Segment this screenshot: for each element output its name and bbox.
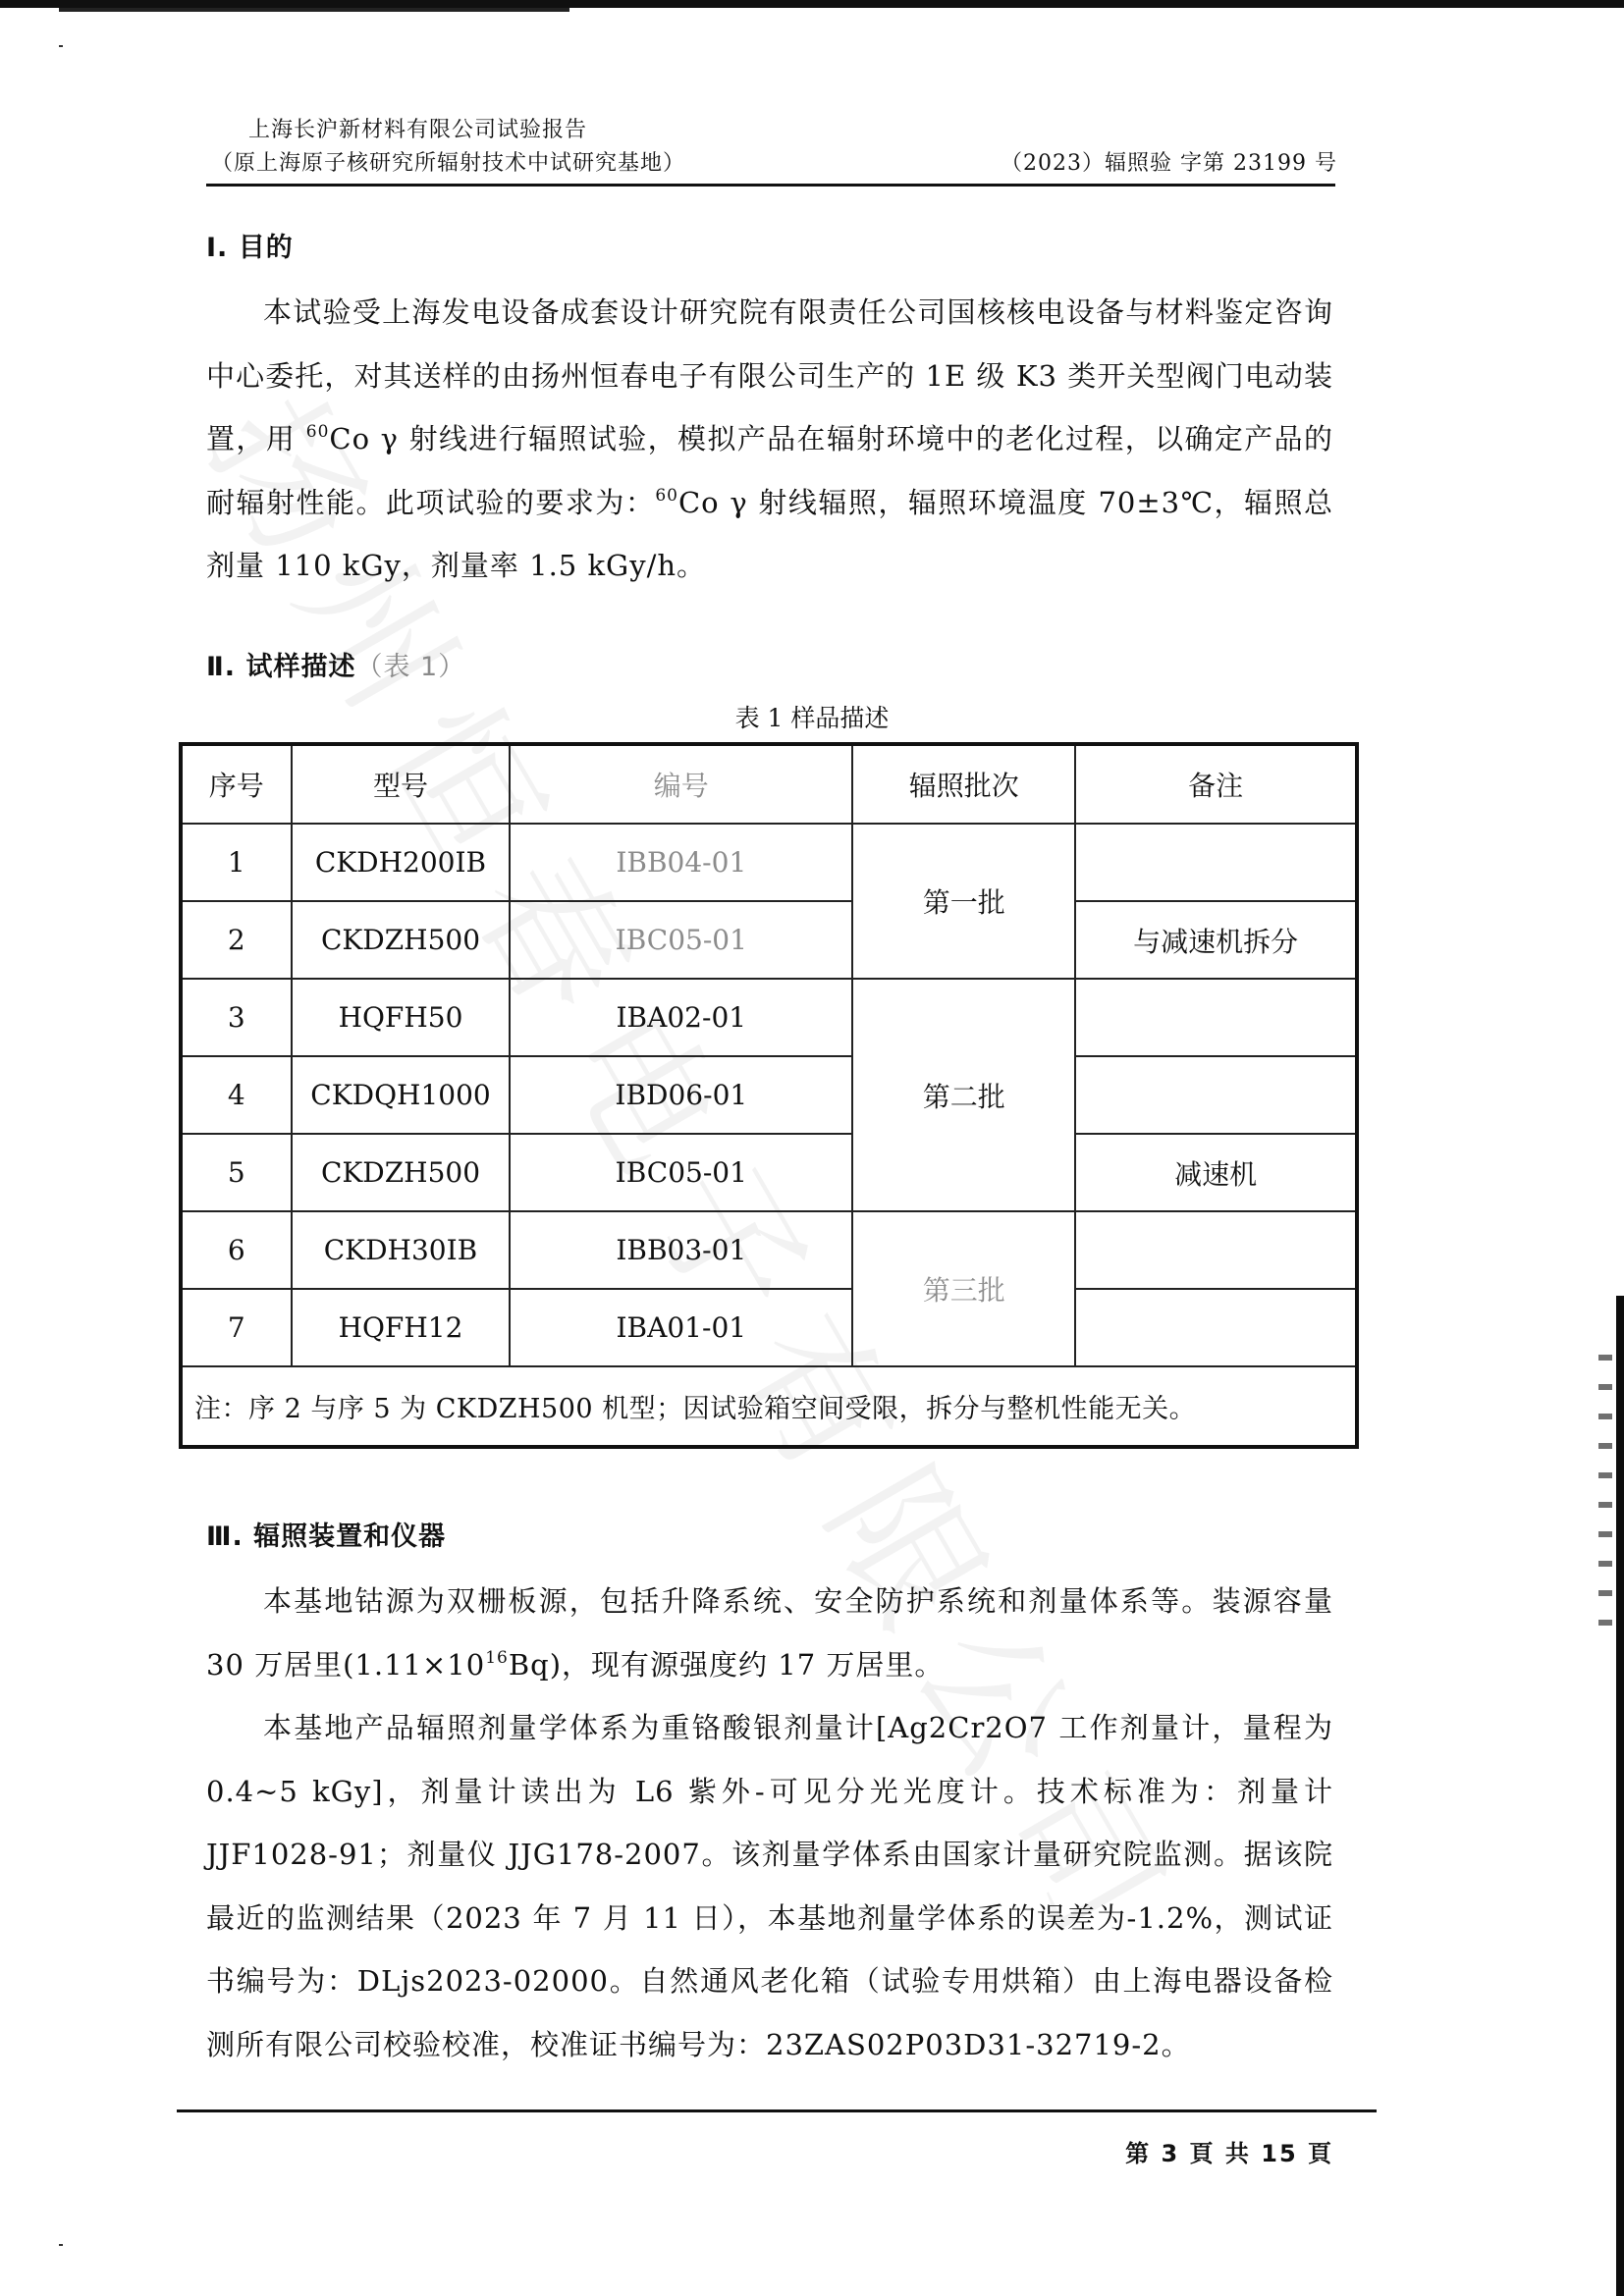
cell-model: CKDH200IB bbox=[292, 824, 511, 901]
cell-serial: IBA02-01 bbox=[510, 979, 852, 1056]
col-header-no: 序号 bbox=[181, 744, 292, 824]
cell-serial: IBB03-01 bbox=[510, 1211, 852, 1289]
cell-remark bbox=[1075, 1211, 1357, 1289]
scan-edge-top-shadow bbox=[59, 8, 569, 12]
cell-batch: 第二批 bbox=[852, 979, 1075, 1211]
table-row: 6 CKDH30IB IBB03-01 第三批 bbox=[181, 1211, 1357, 1289]
cell-serial: IBB04-01 bbox=[510, 824, 852, 901]
table-row: 3 HQFH50 IBA02-01 第二批 bbox=[181, 979, 1357, 1056]
header-divider bbox=[206, 184, 1335, 187]
source-text-b: Bq)，现有源强度约 17 万居里。 bbox=[509, 1648, 945, 1682]
table-row: 1 CKDH200IB IBB04-01 第一批 bbox=[181, 824, 1357, 901]
table-caption: 表 1 样品描述 bbox=[0, 699, 1624, 734]
cell-model: CKDZH500 bbox=[292, 1134, 511, 1211]
sample-table: 序号 型号 编号 辐照批次 备注 1 CKDH200IB IBB04-01 第一… bbox=[179, 742, 1359, 1449]
isotope-mass-number: 60 bbox=[306, 422, 330, 442]
page-number: 第 3 頁 共 15 頁 bbox=[1125, 2134, 1333, 2168]
cell-serial: IBD06-01 bbox=[510, 1056, 852, 1134]
isotope-mass-number: 60 bbox=[655, 486, 678, 506]
cell-model: CKDH30IB bbox=[292, 1211, 511, 1289]
cell-remark bbox=[1075, 979, 1357, 1056]
table-note: 注：序 2 与序 5 为 CKDZH500 机型；因试验箱空间受限，拆分与整机性… bbox=[181, 1366, 1357, 1447]
table-row: 5 CKDZH500 IBC05-01 减速机 bbox=[181, 1134, 1357, 1211]
table-row: 4 CKDQH1000 IBD06-01 bbox=[181, 1056, 1357, 1134]
scan-binding-marks bbox=[1598, 1355, 1612, 1649]
cell-model: CKDZH500 bbox=[292, 901, 511, 979]
col-header-serial: 编号 bbox=[510, 744, 852, 824]
section-2-heading: Ⅱ. 试样描述（表 1） bbox=[206, 645, 465, 683]
cell-no: 5 bbox=[181, 1134, 292, 1211]
cell-model: HQFH12 bbox=[292, 1289, 511, 1366]
report-number: （2023）辐照验 字第 23199 号 bbox=[1001, 147, 1337, 181]
cell-batch: 第一批 bbox=[852, 824, 1075, 979]
cell-no: 7 bbox=[181, 1289, 292, 1366]
section-1-paragraph: 本试验受上海发电设备成套设计研究院有限责任公司国核核电设备与材料鉴定咨询中心委托… bbox=[206, 281, 1333, 598]
scan-edge-top bbox=[0, 0, 1624, 8]
table-row: 2 CKDZH500 IBC05-01 与减速机拆分 bbox=[181, 901, 1357, 979]
scan-speck bbox=[59, 45, 63, 47]
cell-remark bbox=[1075, 824, 1357, 901]
cell-batch: 第三批 bbox=[852, 1211, 1075, 1366]
exponent: 16 bbox=[485, 1648, 509, 1668]
header-org-line2: （原上海原子核研究所辐射技术中试研究基地） bbox=[211, 147, 685, 181]
scan-edge-right bbox=[1616, 1296, 1624, 2296]
cell-no: 4 bbox=[181, 1056, 292, 1134]
cell-serial: IBA01-01 bbox=[510, 1289, 852, 1366]
cell-remark: 与减速机拆分 bbox=[1075, 901, 1357, 979]
cell-model: HQFH50 bbox=[292, 979, 511, 1056]
cell-no: 2 bbox=[181, 901, 292, 979]
scan-speck bbox=[59, 2244, 63, 2246]
section-3-paragraphs: 本基地钴源为双栅板源，包括升降系统、安全防护系统和剂量体系等。装源容量 30 万… bbox=[206, 1570, 1333, 2076]
dosimetry-text: 本基地产品辐照剂量学体系为重铬酸银剂量计[Ag2Cr2O7 工作剂量计，量程为 … bbox=[206, 1696, 1333, 2076]
cell-serial: IBC05-01 bbox=[510, 1134, 852, 1211]
section-1-heading: Ⅰ. 目的 bbox=[206, 226, 294, 264]
cell-remark bbox=[1075, 1289, 1357, 1366]
header-org-line1: 上海长沪新材料有限公司试验报告 bbox=[211, 114, 685, 147]
footer-divider bbox=[177, 2109, 1377, 2112]
section-2-table-ref: （表 1） bbox=[355, 652, 465, 682]
cell-serial: IBC05-01 bbox=[510, 901, 852, 979]
report-header-org: 上海长沪新材料有限公司试验报告 （原上海原子核研究所辐射技术中试研究基地） bbox=[211, 114, 685, 181]
cell-no: 3 bbox=[181, 979, 292, 1056]
table-row: 7 HQFH12 IBA01-01 bbox=[181, 1289, 1357, 1366]
section-2-title: Ⅱ. 试样描述 bbox=[206, 652, 355, 682]
table-note-row: 注：序 2 与序 5 为 CKDZH500 机型；因试验箱空间受限，拆分与整机性… bbox=[181, 1366, 1357, 1447]
table-header-row: 序号 型号 编号 辐照批次 备注 bbox=[181, 744, 1357, 824]
cell-model: CKDQH1000 bbox=[292, 1056, 511, 1134]
cell-no: 1 bbox=[181, 824, 292, 901]
cell-remark bbox=[1075, 1056, 1357, 1134]
col-header-batch: 辐照批次 bbox=[852, 744, 1075, 824]
section-3-heading: Ⅲ. 辐照装置和仪器 bbox=[206, 1515, 446, 1553]
cell-remark: 减速机 bbox=[1075, 1134, 1357, 1211]
cell-no: 6 bbox=[181, 1211, 292, 1289]
col-header-model: 型号 bbox=[292, 744, 511, 824]
col-header-remark: 备注 bbox=[1075, 744, 1357, 824]
